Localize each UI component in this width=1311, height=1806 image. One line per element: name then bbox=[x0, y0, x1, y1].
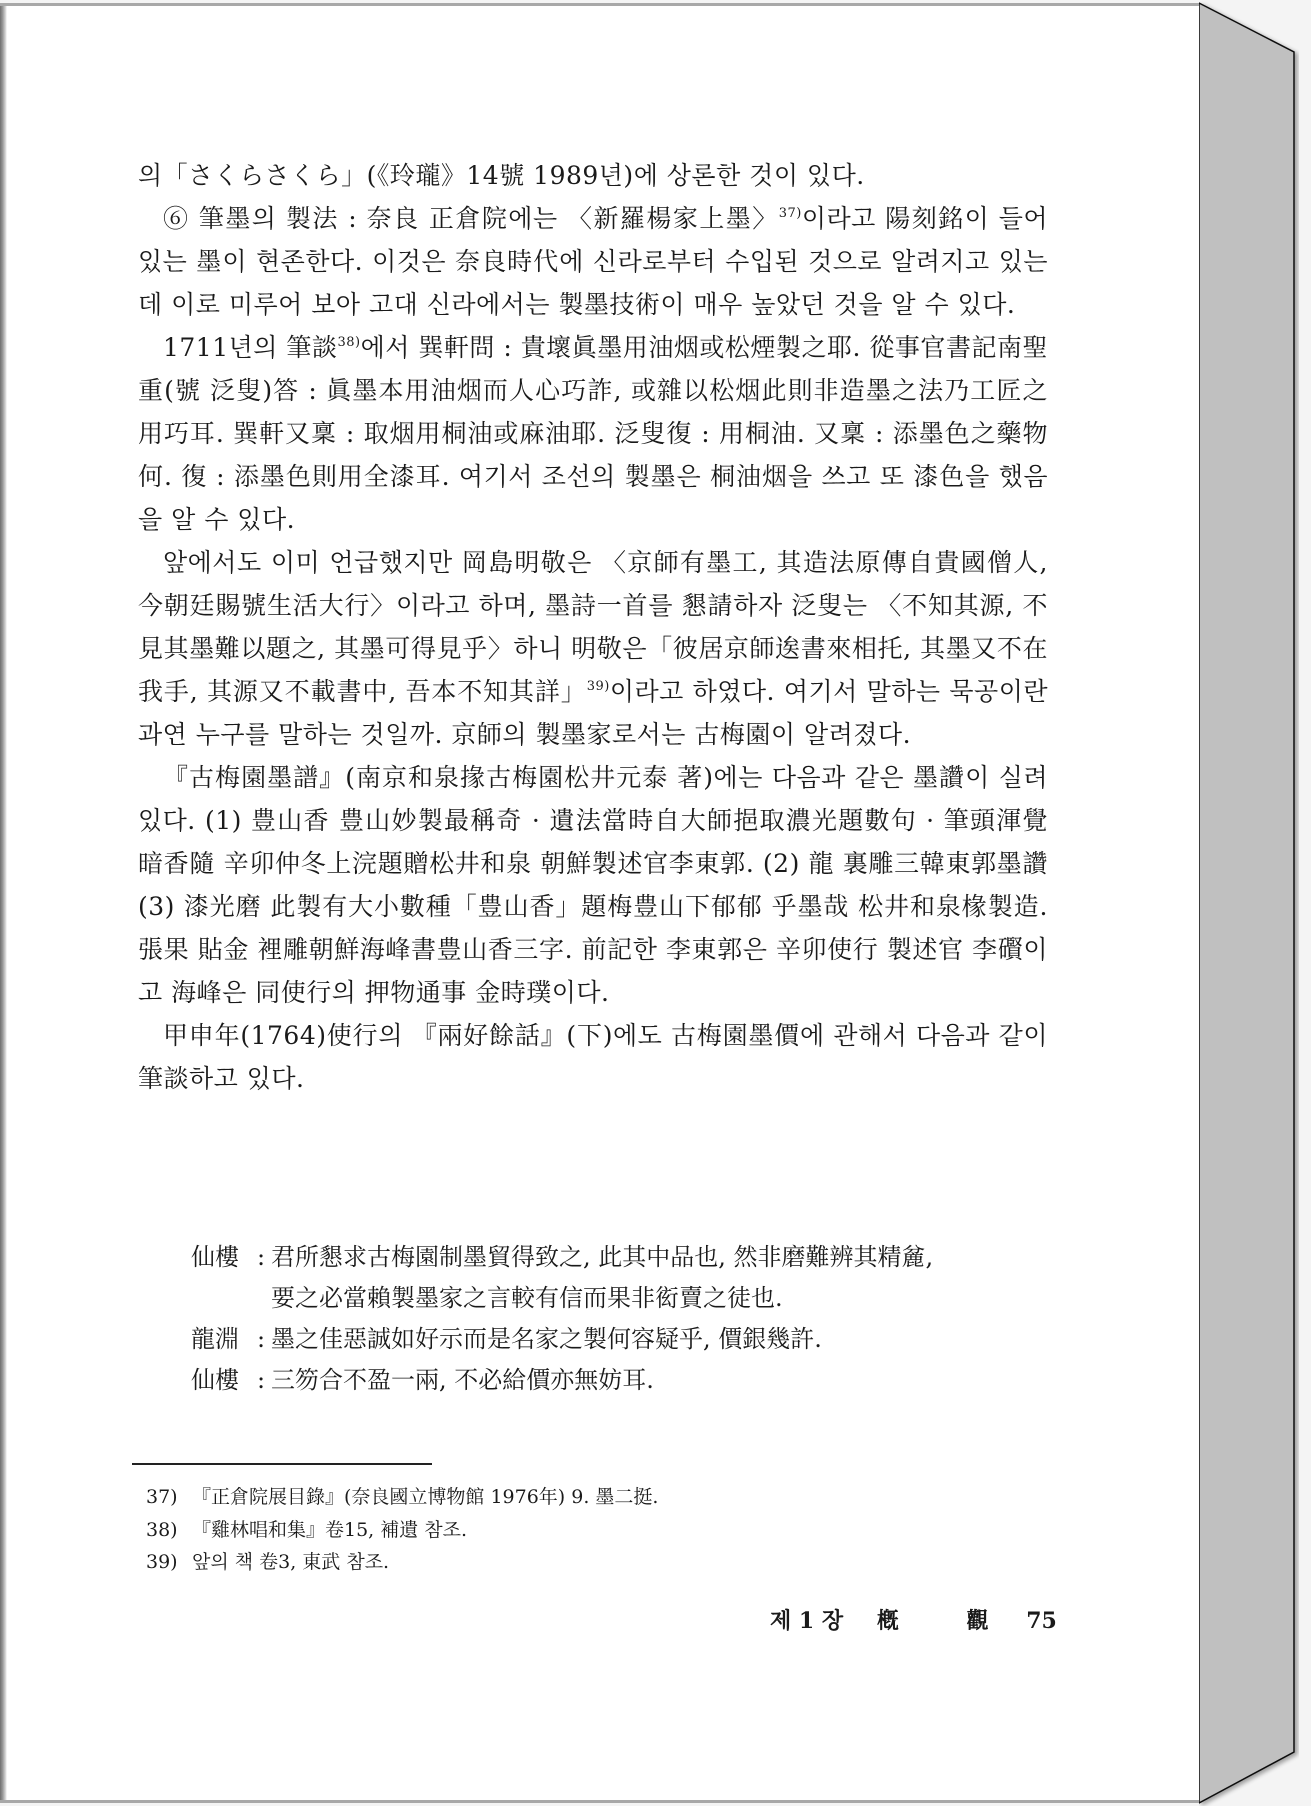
paragraph-text: 의「さくらさくら」(《玲瓏》14號 1989년)에 상론한 것이 있다. bbox=[138, 161, 865, 190]
dialogue-entry: 仙樓:君所懇求古梅園制墨貿得致之, 此其中品也, 然非磨難辨其精麄,要之必當賴製… bbox=[191, 1237, 1051, 1319]
footnote-reference[interactable]: 39) bbox=[587, 679, 610, 694]
dialogue-entry: 仙樓:三笏合不盈一兩, 不必給價亦無妨耳. bbox=[191, 1360, 1051, 1401]
paragraph: 앞에서도 이미 언급했지만 岡島明敬은 〈京師有墨工, 其造法原傳自貴國僧人, … bbox=[138, 541, 1048, 756]
footnote-divider bbox=[132, 1463, 432, 1465]
footnote: 38)『雞林唱和集』卷15, 補遺 참조. bbox=[146, 1514, 946, 1547]
dialogue-line: 要之必當賴製墨家之言較有信而果非衒賣之徒也. bbox=[271, 1278, 1051, 1319]
footnote: 39)앞의 책 卷3, 東武 참조. bbox=[146, 1546, 946, 1579]
footnote-text: 『正倉院展目錄』(奈良國立博物館 1976年) 9. 墨二挺. bbox=[192, 1481, 658, 1514]
speaker-name: 仙樓 bbox=[191, 1360, 251, 1401]
dialogue-text: 墨之佳惡誠如好示而是名家之製何容疑乎, 價銀幾許. bbox=[271, 1319, 1051, 1360]
paragraph-text: ⑥ 筆墨의 製法 : 奈良 正倉院에는 〈新羅楊家上墨〉 bbox=[163, 204, 779, 233]
block-quote-dialogue: 仙樓:君所懇求古梅園制墨貿得致之, 此其中品也, 然非磨難辨其精麄,要之必當賴製… bbox=[191, 1237, 1051, 1401]
page-number: 75 bbox=[1026, 1608, 1057, 1634]
footer-chapter: 제 1 장 bbox=[770, 1604, 843, 1635]
paragraph-text: 『古梅園墨譜』(南京和泉掾古梅園松井元泰 著)에는 다음과 같은 墨讚이 실려 … bbox=[138, 763, 1048, 1007]
footer-title-char-1: 槪 bbox=[877, 1604, 899, 1635]
footnotes: 37)『正倉院展目錄』(奈良國立博物館 1976年) 9. 墨二挺.38)『雞林… bbox=[146, 1481, 946, 1579]
page-left-edge bbox=[0, 6, 7, 1800]
paragraph: 의「さくらさくら」(《玲瓏》14號 1989년)에 상론한 것이 있다. bbox=[138, 154, 1048, 197]
paragraph: ⑥ 筆墨의 製法 : 奈良 正倉院에는 〈新羅楊家上墨〉37)이라고 陽刻銘이 … bbox=[138, 197, 1048, 326]
footnote: 37)『正倉院展目錄』(奈良國立博物館 1976年) 9. 墨二挺. bbox=[146, 1481, 946, 1514]
paragraph: 『古梅園墨譜』(南京和泉掾古梅園松井元泰 著)에는 다음과 같은 墨讚이 실려 … bbox=[138, 756, 1048, 1014]
paragraph-text: 에서 巽軒問 : 貴壞眞墨用油烟或松煙製之耶. 從事官書記南聖重(號 泛叟)答 … bbox=[138, 333, 1048, 534]
speaker-name: 仙樓 bbox=[191, 1237, 251, 1319]
dialogue-entry: 龍淵:墨之佳惡誠如好示而是名家之製何容疑乎, 價銀幾許. bbox=[191, 1319, 1051, 1360]
speaker-colon: : bbox=[251, 1319, 271, 1360]
dialogue-line: 君所懇求古梅園制墨貿得致之, 此其中品也, 然非磨難辨其精麄, bbox=[271, 1237, 1051, 1278]
footnote-reference[interactable]: 37) bbox=[779, 206, 802, 221]
footnote-reference[interactable]: 38) bbox=[337, 335, 360, 350]
dialogue-line: 墨之佳惡誠如好示而是名家之製何容疑乎, 價銀幾許. bbox=[271, 1319, 1051, 1360]
footnote-number: 39) bbox=[146, 1546, 192, 1579]
dialogue-text: 君所懇求古梅園制墨貿得致之, 此其中品也, 然非磨難辨其精麄,要之必當賴製墨家之… bbox=[271, 1237, 1051, 1319]
paragraph-text: 1711년의 筆談 bbox=[163, 333, 337, 362]
footer-title-char-2: 觀 bbox=[967, 1604, 989, 1635]
book-page: 의「さくらさくら」(《玲瓏》14號 1989년)에 상론한 것이 있다.⑥ 筆墨… bbox=[0, 3, 1199, 1803]
dialogue-line: 三笏合不盈一兩, 不必給價亦無妨耳. bbox=[271, 1360, 1051, 1401]
speaker-colon: : bbox=[251, 1360, 271, 1401]
paragraph: 甲申年(1764)使行의 『兩好餘話』(下)에도 古梅園墨價에 관해서 다음과 … bbox=[138, 1014, 1048, 1100]
dialogue-text: 三笏合不盈一兩, 不必給價亦無妨耳. bbox=[271, 1360, 1051, 1401]
running-footer: 제 1 장 槪 觀 75 bbox=[770, 1604, 1057, 1635]
paragraph-text: 甲申年(1764)使行의 『兩好餘話』(下)에도 古梅園墨價에 관해서 다음과 … bbox=[138, 1021, 1048, 1093]
paragraph: 1711년의 筆談38)에서 巽軒問 : 貴壞眞墨用油烟或松煙製之耶. 從事官書… bbox=[138, 326, 1048, 541]
footnote-number: 38) bbox=[146, 1514, 192, 1547]
footnote-text: 앞의 책 卷3, 東武 참조. bbox=[192, 1546, 389, 1579]
speaker-name: 龍淵 bbox=[191, 1319, 251, 1360]
footnote-text: 『雞林唱和集』卷15, 補遺 참조. bbox=[192, 1514, 467, 1547]
body-text: 의「さくらさくら」(《玲瓏》14號 1989년)에 상론한 것이 있다.⑥ 筆墨… bbox=[138, 154, 1048, 1100]
speaker-colon: : bbox=[251, 1237, 271, 1319]
footnote-number: 37) bbox=[146, 1481, 192, 1514]
book-spine-edge bbox=[1199, 0, 1299, 1806]
